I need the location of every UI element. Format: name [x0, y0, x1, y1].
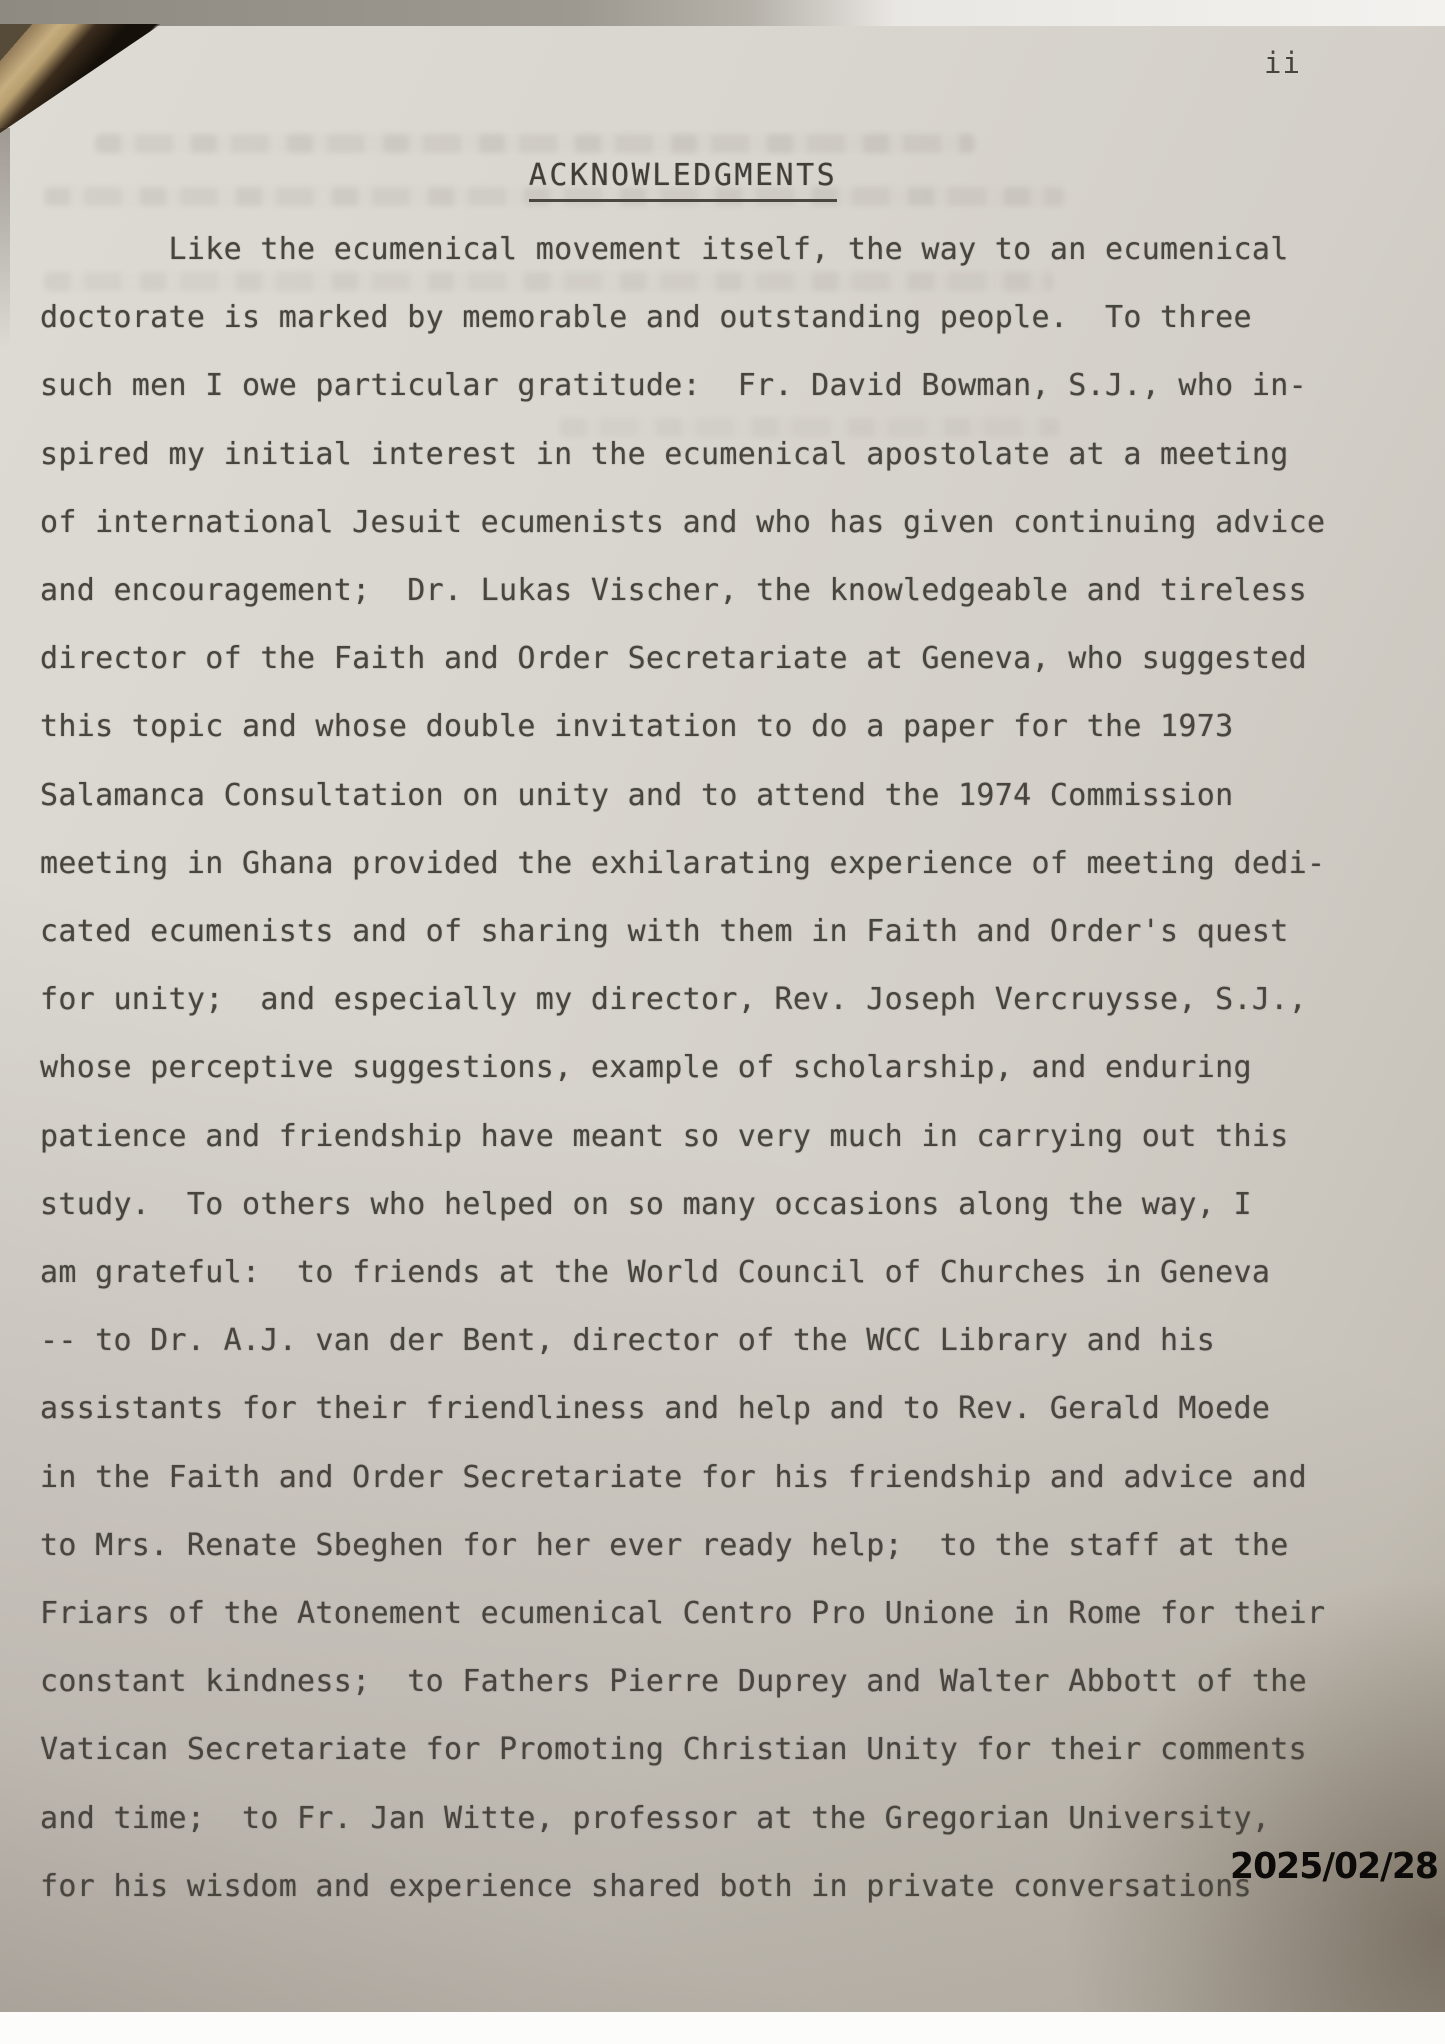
bottom-margin-strip — [0, 2012, 1445, 2044]
text-line: Vatican Secretariate for Promoting Chris… — [40, 1716, 1400, 1784]
text-line: constant kindness; to Fathers Pierre Dup… — [40, 1648, 1400, 1716]
text-line: study. To others who helped on so many o… — [40, 1171, 1400, 1239]
text-line: in the Faith and Order Secretariate for … — [40, 1444, 1400, 1512]
text-line: Friars of the Atonement ecumenical Centr… — [40, 1580, 1400, 1648]
text-line: assistants for their friendliness and he… — [40, 1375, 1400, 1443]
text-line: this topic and whose double invitation t… — [40, 693, 1400, 761]
text-line: to Mrs. Renate Sbeghen for her ever read… — [40, 1512, 1400, 1580]
text-line: for unity; and especially my director, R… — [40, 966, 1400, 1034]
bleed-through-artifact — [95, 134, 975, 153]
date-stamp: 2025/02/28 — [1230, 1846, 1438, 1887]
text-line: cated ecumenists and of sharing with the… — [40, 898, 1400, 966]
text-line: and encouragement; Dr. Lukas Vischer, th… — [40, 557, 1400, 625]
text-line: whose perceptive suggestions, example of… — [40, 1034, 1400, 1102]
text-line: Salamanca Consultation on unity and to a… — [40, 762, 1400, 830]
text-line: such men I owe particular gratitude: Fr.… — [40, 352, 1400, 420]
top-edge-band — [0, 0, 1445, 26]
left-edge-shadow — [0, 128, 10, 348]
text-line: doctorate is marked by memorable and out… — [40, 284, 1400, 352]
page-number: ii — [1264, 46, 1301, 80]
title-row: ACKNOWLEDGMENTS — [40, 158, 1326, 193]
text-line: am grateful: to friends at the World Cou… — [40, 1239, 1400, 1307]
text-line: meeting in Ghana provided the exhilarati… — [40, 830, 1400, 898]
corner-artifact — [0, 24, 168, 140]
text-line: Like the ecumenical movement itself, the… — [40, 216, 1400, 284]
paper-sheet: ii ACKNOWLEDGMENTS Like the ecumenical m… — [0, 0, 1445, 2012]
text-line: patience and friendship have meant so ve… — [40, 1103, 1400, 1171]
section-title: ACKNOWLEDGMENTS — [529, 158, 837, 202]
scanned-page: ii ACKNOWLEDGMENTS Like the ecumenical m… — [0, 0, 1445, 2044]
body-text: Like the ecumenical movement itself, the… — [40, 216, 1400, 1921]
text-line: of international Jesuit ecumenists and w… — [40, 489, 1400, 557]
text-line: for his wisdom and experience shared bot… — [40, 1853, 1400, 1921]
text-line: director of the Faith and Order Secretar… — [40, 625, 1400, 693]
text-line: and time; to Fr. Jan Witte, professor at… — [40, 1785, 1400, 1853]
text-line: -- to Dr. A.J. van der Bent, director of… — [40, 1307, 1400, 1375]
text-line: spired my initial interest in the ecumen… — [40, 421, 1400, 489]
